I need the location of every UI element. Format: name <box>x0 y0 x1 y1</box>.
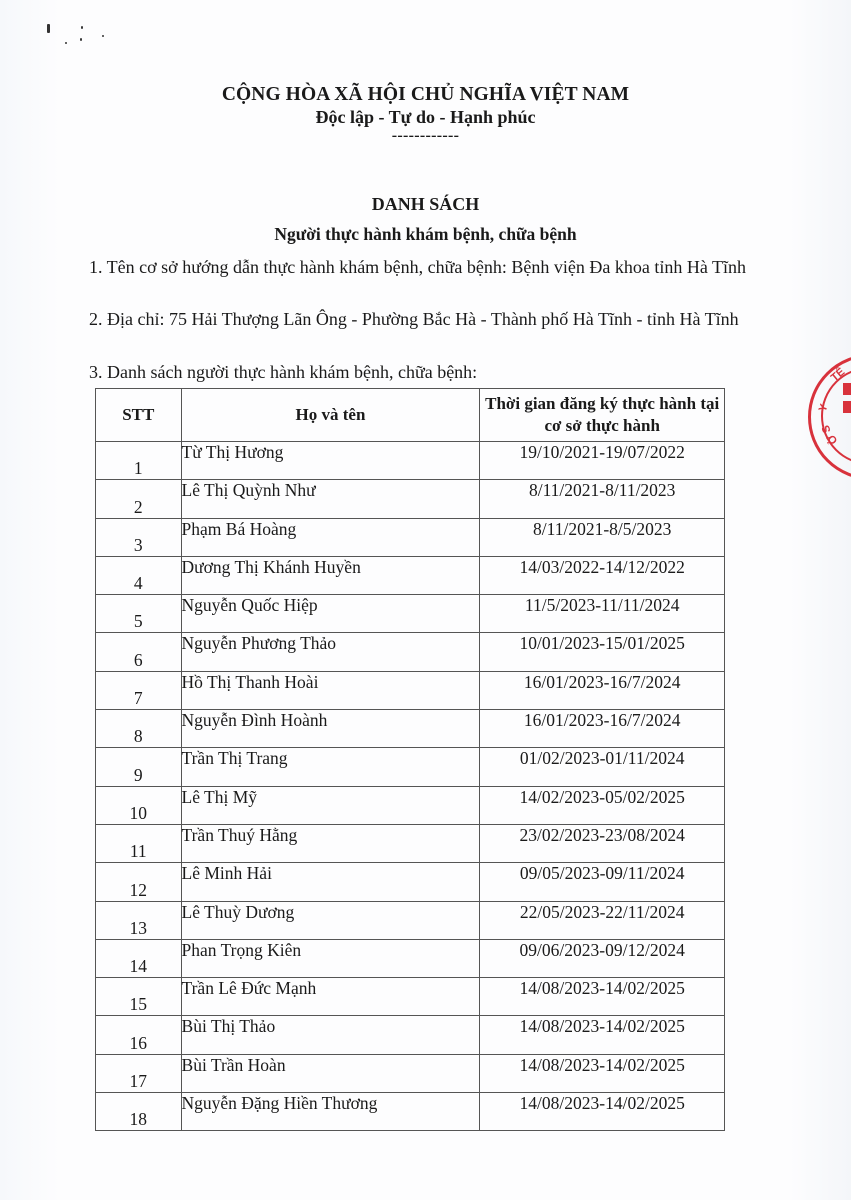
practitioner-name: Trần Lê Đức Mạnh <box>181 978 480 1016</box>
national-title: CỘNG HÒA XÃ HỘI CHỦ NGHĨA VIỆT NAM <box>0 84 851 106</box>
table-row: 15Trần Lê Đức Mạnh14/08/2023-14/02/2025 <box>96 978 725 1016</box>
row-number: 2 <box>96 480 182 518</box>
practitioner-name: Phạm Bá Hoàng <box>181 518 480 556</box>
table-row: 4Dương Thị Khánh Huyền14/03/2022-14/12/2… <box>96 556 725 594</box>
column-header-name: Họ và tên <box>181 389 480 442</box>
practitioner-name: Bùi Trần Hoàn <box>181 1054 480 1092</box>
practitioner-name: Dương Thị Khánh Huyền <box>181 556 480 594</box>
scan-specks <box>40 14 110 54</box>
row-number: 12 <box>96 863 182 901</box>
practitioner-name: Nguyễn Đình Hoành <box>181 710 480 748</box>
table-row: 7Hồ Thị Thanh Hoài16/01/2023-16/7/2024 <box>96 671 725 709</box>
table-row: 14Phan Trọng Kiên09/06/2023-09/12/2024 <box>96 939 725 977</box>
practitioner-name: Bùi Thị Thảo <box>181 1016 480 1054</box>
table-row: 3Phạm Bá Hoàng8/11/2021-8/5/2023 <box>96 518 725 556</box>
row-number: 11 <box>96 824 182 862</box>
practice-period: 14/08/2023-14/02/2025 <box>480 978 725 1016</box>
practitioner-name: Nguyễn Đặng Hiền Thương <box>181 1093 480 1131</box>
practitioner-name: Lê Minh Hải <box>181 863 480 901</box>
practice-period: 22/05/2023-22/11/2024 <box>480 901 725 939</box>
practice-period: 16/01/2023-16/7/2024 <box>480 710 725 748</box>
column-header-stt: STT <box>96 389 182 442</box>
table-row: 11Trần Thuý Hằng23/02/2023-23/08/2024 <box>96 824 725 862</box>
practice-period: 09/06/2023-09/12/2024 <box>480 939 725 977</box>
stamp-mark <box>843 383 851 395</box>
row-number: 5 <box>96 595 182 633</box>
practitioner-name: Trần Thuý Hằng <box>181 824 480 862</box>
practitioner-name: Lê Thị Quỳnh Như <box>181 480 480 518</box>
list-intro: 3. Danh sách người thực hành khám bệnh, … <box>89 360 769 384</box>
table-row: 13Lê Thuỳ Dương22/05/2023-22/11/2024 <box>96 901 725 939</box>
table-row: 5Nguyễn Quốc Hiệp11/5/2023-11/11/2024 <box>96 595 725 633</box>
row-number: 9 <box>96 748 182 786</box>
practitioner-name: Nguyễn Phương Thảo <box>181 633 480 671</box>
table-row: 1Từ Thị Hương19/10/2021-19/07/2022 <box>96 442 725 480</box>
practice-period: 14/08/2023-14/02/2025 <box>480 1093 725 1131</box>
practice-period: 09/05/2023-09/11/2024 <box>480 863 725 901</box>
stamp-mark <box>843 401 851 413</box>
practice-period: 23/02/2023-23/08/2024 <box>480 824 725 862</box>
row-number: 14 <box>96 939 182 977</box>
facility-address: 2. Địa chỉ: 75 Hải Thượng Lãn Ông - Phườ… <box>89 307 769 331</box>
row-number: 1 <box>96 442 182 480</box>
row-number: 3 <box>96 518 182 556</box>
practice-period: 14/02/2023-05/02/2025 <box>480 786 725 824</box>
row-number: 7 <box>96 671 182 709</box>
table-row: 8Nguyễn Đình Hoành16/01/2023-16/7/2024 <box>96 710 725 748</box>
practitioner-name: Nguyễn Quốc Hiệp <box>181 595 480 633</box>
table-body: 1Từ Thị Hương19/10/2021-19/07/20222Lê Th… <box>96 442 725 1131</box>
practice-period: 11/5/2023-11/11/2024 <box>480 595 725 633</box>
table-row: 6Nguyễn Phương Thảo10/01/2023-15/01/2025 <box>96 633 725 671</box>
practice-period: 19/10/2021-19/07/2022 <box>480 442 725 480</box>
table-row: 9Trần Thị Trang01/02/2023-01/11/2024 <box>96 748 725 786</box>
national-motto: Độc lập - Tự do - Hạnh phúc <box>0 107 851 128</box>
table-row: 10Lê Thị Mỹ14/02/2023-05/02/2025 <box>96 786 725 824</box>
practitioner-name: Trần Thị Trang <box>181 748 480 786</box>
practice-period: 14/03/2022-14/12/2022 <box>480 556 725 594</box>
header-separator: ------------ <box>0 127 851 145</box>
row-number: 17 <box>96 1054 182 1092</box>
practice-period: 8/11/2021-8/5/2023 <box>480 518 725 556</box>
practice-period: 14/08/2023-14/02/2025 <box>480 1054 725 1092</box>
row-number: 15 <box>96 978 182 1016</box>
practitioner-name: Lê Thị Mỹ <box>181 786 480 824</box>
table-row: 17Bùi Trần Hoàn14/08/2023-14/02/2025 <box>96 1054 725 1092</box>
practitioner-name: Hồ Thị Thanh Hoài <box>181 671 480 709</box>
row-number: 16 <box>96 1016 182 1054</box>
row-number: 10 <box>96 786 182 824</box>
column-header-period: Thời gian đăng ký thực hành tại cơ sở th… <box>480 389 725 442</box>
practice-period: 16/01/2023-16/7/2024 <box>480 671 725 709</box>
practitioner-name: Từ Thị Hương <box>181 442 480 480</box>
practice-period: 01/02/2023-01/11/2024 <box>480 748 725 786</box>
table-row: 12Lê Minh Hải09/05/2023-09/11/2024 <box>96 863 725 901</box>
practice-period: 10/01/2023-15/01/2025 <box>480 633 725 671</box>
practitioner-name: Lê Thuỳ Dương <box>181 901 480 939</box>
practitioner-table: STT Họ và tên Thời gian đăng ký thực hàn… <box>95 388 725 1131</box>
row-number: 8 <box>96 710 182 748</box>
document-title: DANH SÁCH <box>0 194 851 215</box>
practice-period: 14/08/2023-14/02/2025 <box>480 1016 725 1054</box>
practitioner-name: Phan Trọng Kiên <box>181 939 480 977</box>
row-number: 13 <box>96 901 182 939</box>
facility-name: 1. Tên cơ sở hướng dẫn thực hành khám bệ… <box>89 255 769 279</box>
row-number: 4 <box>96 556 182 594</box>
document-subtitle: Người thực hành khám bệnh, chữa bệnh <box>0 224 851 245</box>
table-row: 18Nguyễn Đặng Hiền Thương14/08/2023-14/0… <box>96 1093 725 1131</box>
row-number: 18 <box>96 1093 182 1131</box>
practice-period: 8/11/2021-8/11/2023 <box>480 480 725 518</box>
table-row: 2Lê Thị Quỳnh Như8/11/2021-8/11/2023 <box>96 480 725 518</box>
row-number: 6 <box>96 633 182 671</box>
table-header-row: STT Họ và tên Thời gian đăng ký thực hàn… <box>96 389 725 442</box>
table-row: 16Bùi Thị Thảo14/08/2023-14/02/2025 <box>96 1016 725 1054</box>
